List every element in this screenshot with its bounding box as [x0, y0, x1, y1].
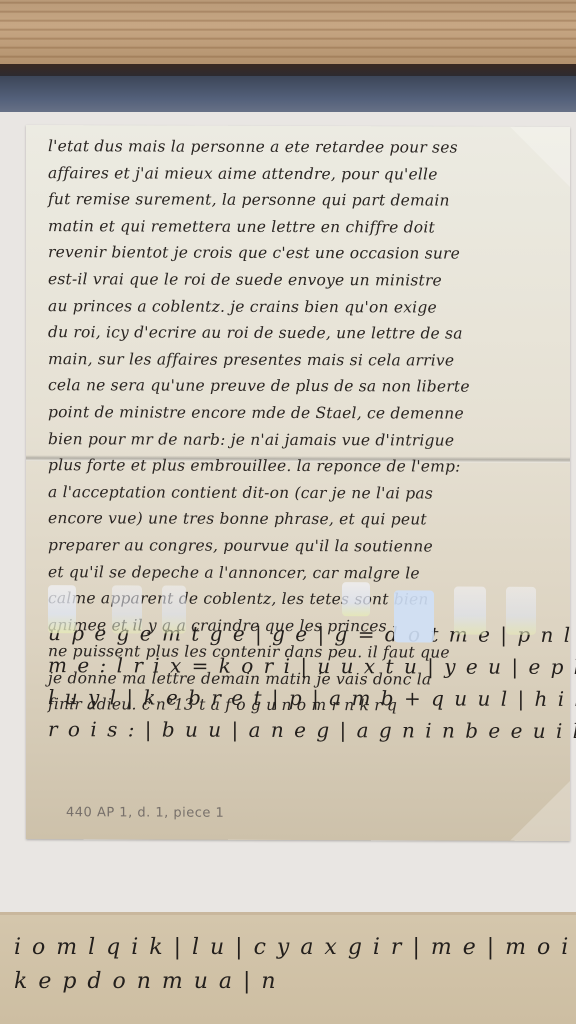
frame-inner-shadow [0, 76, 576, 114]
cipher-line: r o i s : | b u u | a n e g | a g n i n … [48, 713, 576, 747]
text-line: revenir bientot je crois que c'est une o… [48, 240, 560, 268]
text-line: main, sur les affaires presentes mais si… [48, 346, 560, 374]
cipher-line: l u y l | k e b r e t | p | a m b + q u … [48, 681, 576, 715]
cipher-line: i o m l q i k | l u | c y a x g i r | m … [14, 931, 566, 965]
text-line: cela ne sera qu'une preuve de plus de sa… [48, 372, 560, 400]
text-line: a l'acceptation contient dit-on (car je … [48, 479, 560, 507]
cipher-line: m e : l r i x = k o r i | u u x t u | y … [48, 649, 576, 683]
text-line: point de ministre encore mde de Stael, c… [48, 399, 560, 427]
wooden-frame [0, 0, 576, 64]
text-line: et qu'il se depeche a l'annoncer, car ma… [48, 559, 560, 587]
archive-reference: 440 AP 1, d. 1, piece 1 [66, 805, 224, 821]
handwritten-letter: l'etat dus mais la personne a ete retard… [26, 125, 570, 841]
text-line: matin et qui remettera une lettre en chi… [48, 213, 560, 241]
cipher-line: u p e g e m t g e | g e | g = d o t m e … [48, 617, 576, 651]
text-line: preparer au congres, pourvue qu'il la so… [48, 532, 560, 560]
text-line: encore vue) une tres bonne phrase, et qu… [48, 505, 560, 533]
letter-cipher-text: u p e g e m t g e | g e | g = d o t m e … [48, 617, 576, 747]
text-line: est-il vrai que le roi de suede envoye u… [48, 266, 560, 294]
cipher-line: k e p d o n m u a | n [14, 965, 566, 999]
text-line: calme apparent de coblentz, les tetes so… [48, 585, 560, 613]
text-line: fut remise surement, la personne qui par… [48, 186, 560, 214]
text-line: l'etat dus mais la personne a ete retard… [48, 133, 560, 161]
text-line: affaires et j'ai mieux aime attendre, po… [48, 160, 560, 188]
second-letter: i o m l q i k | l u | c y a x g i r | m … [0, 915, 576, 1024]
second-letter-cipher: i o m l q i k | l u | c y a x g i r | m … [14, 931, 566, 999]
frame-lip [0, 64, 576, 76]
text-line: plus forte et plus embrouillee. la repon… [48, 452, 560, 480]
text-line: bien pour mr de narb: je n'ai jamais vue… [48, 426, 560, 454]
text-line: du roi, icy d'ecrire au roi de suede, un… [48, 319, 560, 347]
corner-mount [510, 781, 570, 841]
text-line: au princes a coblentz. je crains bien qu… [48, 293, 560, 321]
